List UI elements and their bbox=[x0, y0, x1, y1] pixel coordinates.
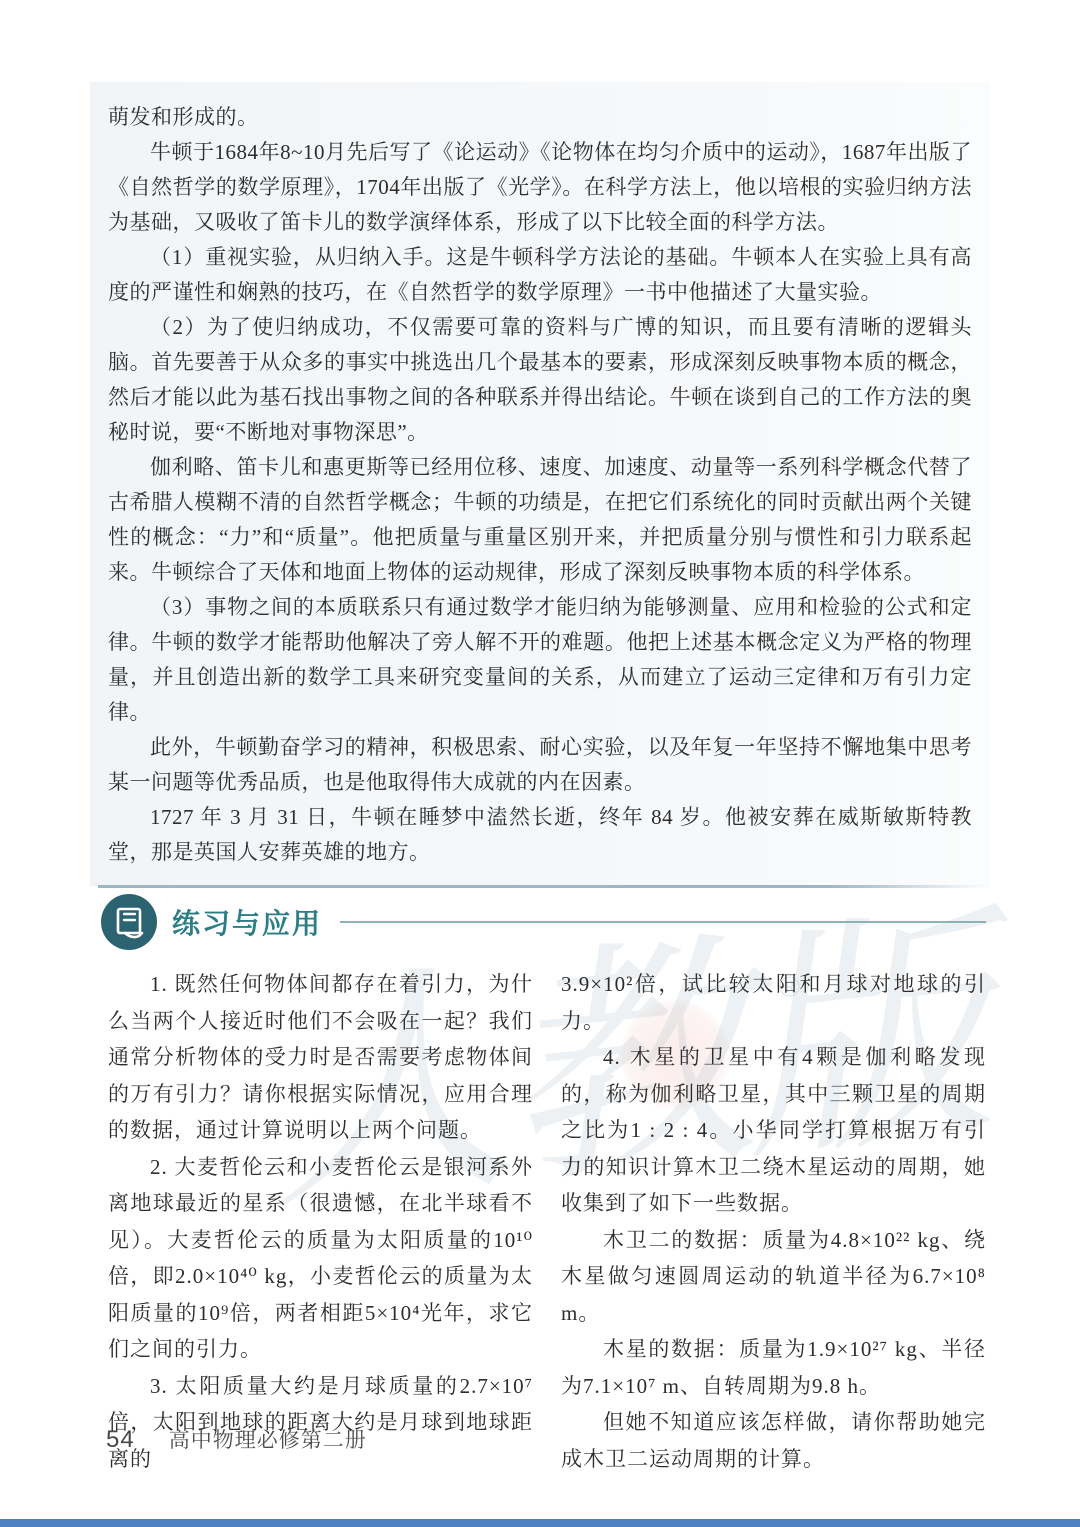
page-footer: 54 高中物理必修第二册 bbox=[106, 1424, 367, 1454]
article-paragraph: 伽利略、笛卡儿和惠更斯等已经用位移、速度、加速度、动量等一系列科学概念代替了古希… bbox=[108, 450, 972, 590]
bottom-accent-bar bbox=[0, 1519, 1080, 1527]
exercise-problem-1: 1. 既然任何物体间都存在着引力，为什么当两个人接近时他们不会吸在一起？我们通常… bbox=[108, 966, 533, 1149]
book-title: 高中物理必修第二册 bbox=[169, 1424, 367, 1454]
article-paragraph: （1）重视实验，从归纳入手。这是牛顿科学方法论的基础。牛顿本人在实验上具有高度的… bbox=[108, 240, 972, 310]
exercise-problem-4-task: 但她不知道应该怎样做，请你帮助她完成木卫二运动周期的计算。 bbox=[561, 1404, 986, 1477]
exercise-problem-4-europa-data: 木卫二的数据：质量为4.8×10²² kg、绕木星做匀速圆周运动的轨道半径为6.… bbox=[561, 1222, 986, 1332]
exercise-problem-2: 2. 大麦哲伦云和小麦哲伦云是银河系外离地球最近的星系（很遗憾，在北半球看不见）… bbox=[108, 1149, 533, 1368]
article-paragraph: 此外，牛顿勤奋学习的精神，积极思索、耐心实验，以及年复一年坚持不懈地集中思考某一… bbox=[108, 730, 972, 800]
article-paragraph: 萌发和形成的。 bbox=[108, 100, 972, 135]
header-rule-line bbox=[340, 921, 986, 923]
article-paragraph: 牛顿于1684年8~10月先后写了《论运动》《论物体在均匀介质中的运动》，168… bbox=[108, 135, 972, 240]
practice-section-header: 练习与应用 bbox=[100, 891, 990, 953]
exercise-problem-4-jupiter-data: 木星的数据：质量为1.9×10²⁷ kg、半径为7.1×10⁷ m、自转周期为9… bbox=[561, 1331, 986, 1404]
article-paragraph: 1727 年 3 月 31 日，牛顿在睡梦中溘然长逝，终年 84 岁。他被安葬在… bbox=[108, 800, 972, 870]
page-number: 54 bbox=[106, 1426, 135, 1454]
exercise-right-column: 3.9×10²倍，试比较太阳和月球对地球的引力。 4. 木星的卫星中有4颗是伽利… bbox=[561, 966, 986, 1477]
exercise-left-column: 1. 既然任何物体间都存在着引力，为什么当两个人接近时他们不会吸在一起？我们通常… bbox=[108, 966, 533, 1477]
textbook-page: 萌发和形成的。 牛顿于1684年8~10月先后写了《论运动》《论物体在均匀介质中… bbox=[0, 0, 1080, 1527]
newton-article-block: 萌发和形成的。 牛顿于1684年8~10月先后写了《论运动》《论物体在均匀介质中… bbox=[90, 82, 990, 886]
exercise-problem-3-continued: 3.9×10²倍，试比较太阳和月球对地球的引力。 bbox=[561, 966, 986, 1039]
article-paragraph: （3）事物之间的本质联系只有通过数学才能归纳为能够测量、应用和检验的公式和定律。… bbox=[108, 590, 972, 730]
notebook-pages-icon bbox=[100, 893, 158, 951]
article-paragraph: （2）为了使归纳成功，不仅需要可靠的资料与广博的知识，而且要有清晰的逻辑头脑。首… bbox=[108, 310, 972, 450]
exercise-columns: 1. 既然任何物体间都存在着引力，为什么当两个人接近时他们不会吸在一起？我们通常… bbox=[108, 966, 986, 1477]
practice-section-title: 练习与应用 bbox=[172, 902, 322, 942]
exercise-problem-4: 4. 木星的卫星中有4颗是伽利略发现的，称为伽利略卫星，其中三颗卫星的周期之比为… bbox=[561, 1039, 986, 1222]
exercise-problem-3: 3. 太阳质量大约是月球质量的2.7×10⁷倍，太阳到地球的距离大约是月球到地球… bbox=[108, 1368, 533, 1478]
